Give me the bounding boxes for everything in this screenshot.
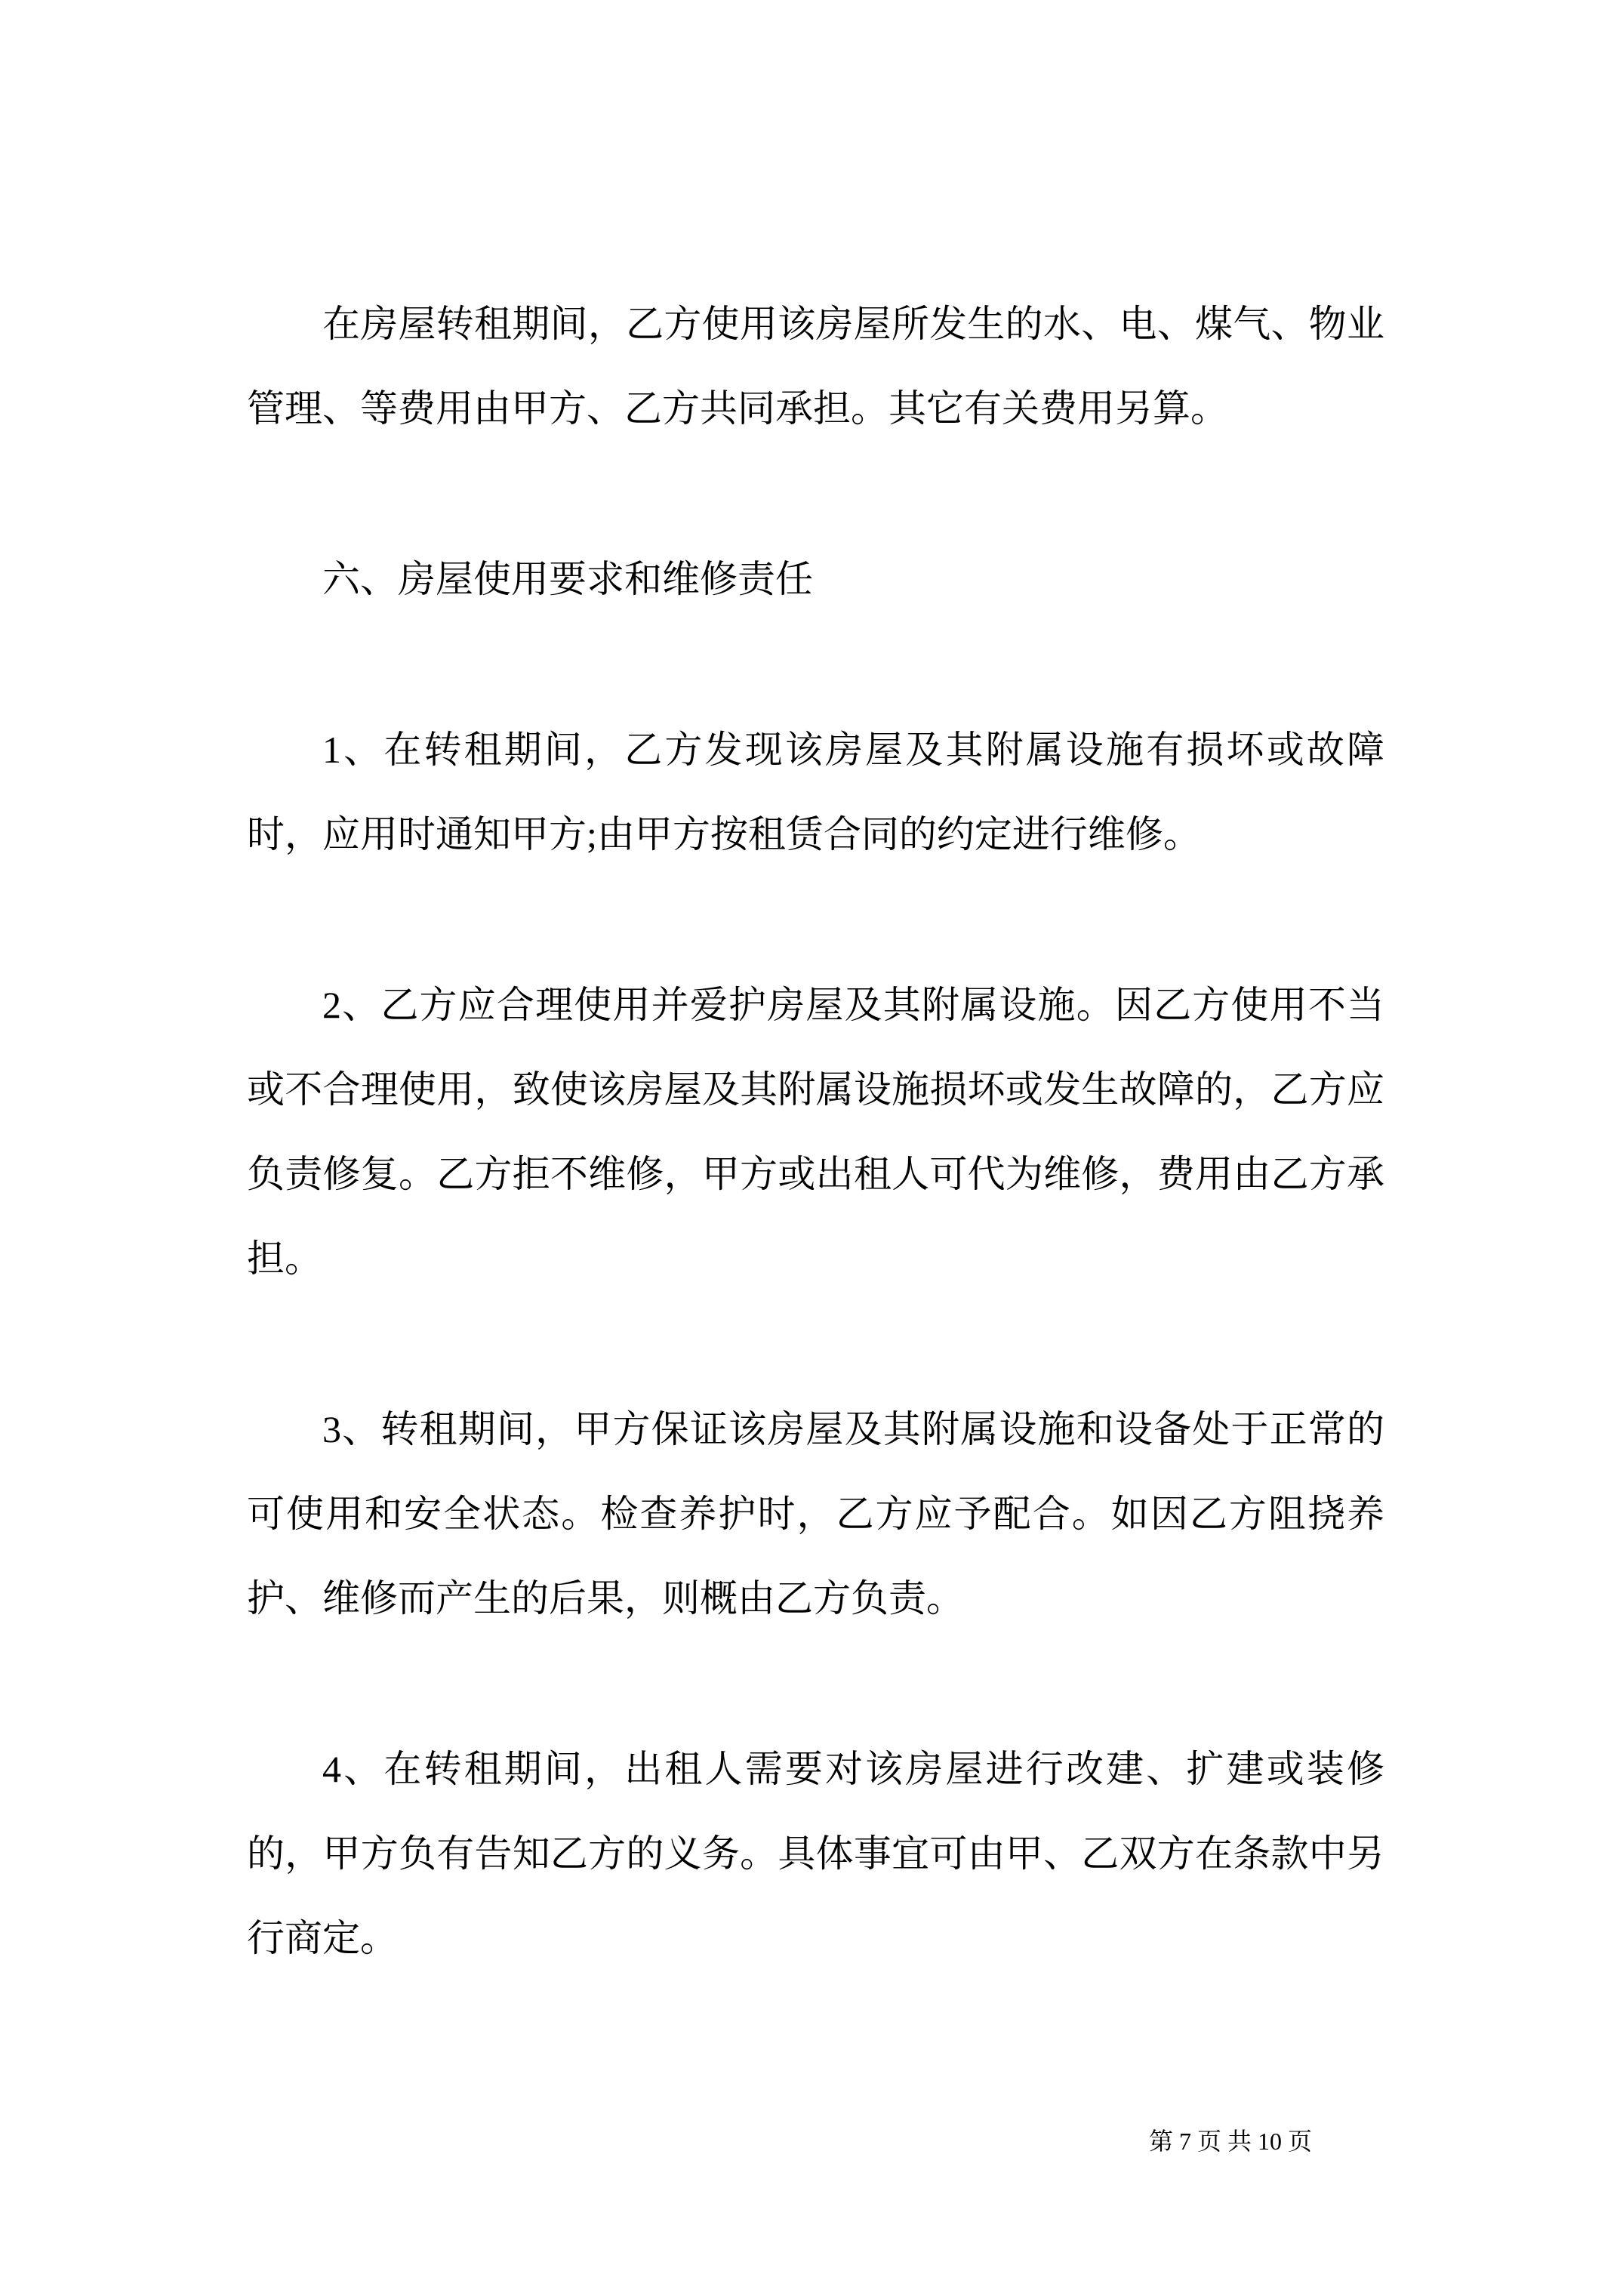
document-page: 在房屋转租期间，乙方使用该房屋所发生的水、电、煤气、物业管理、等费用由甲方、乙方… xyxy=(0,0,1623,2296)
contract-clause-4: 4、在转租期间，出租人需要对该房屋进行改建、扩建或装修的，甲方负有告知乙方的义务… xyxy=(247,1727,1384,1980)
page-number-label: 第 7 页 共 10 页 xyxy=(1149,2128,1312,2155)
contract-clause-1: 1、在转租期间，乙方发现该房屋及其附属设施有损坏或故障时，应用时通知甲方;由甲方… xyxy=(247,707,1384,877)
contract-clause-3: 3、转租期间，甲方保证该房屋及其附属设施和设备处于正常的可使用和安全状态。检查养… xyxy=(247,1387,1384,1641)
contract-clause-2: 2、乙方应合理使用并爱护房屋及其附属设施。因乙方使用不当或不合理使用，致使该房屋… xyxy=(247,963,1384,1301)
contract-paragraph: 在房屋转租期间，乙方使用该房屋所发生的水、电、煤气、物业管理、等费用由甲方、乙方… xyxy=(247,282,1384,451)
section-heading: 六、房屋使用要求和维修责任 xyxy=(247,537,1384,621)
contract-text-block: 在房屋转租期间，乙方使用该房屋所发生的水、电、煤气、物业管理、等费用由甲方、乙方… xyxy=(247,282,1384,1980)
page-footer: 第 7 页 共 10 页 xyxy=(1149,2125,1312,2158)
